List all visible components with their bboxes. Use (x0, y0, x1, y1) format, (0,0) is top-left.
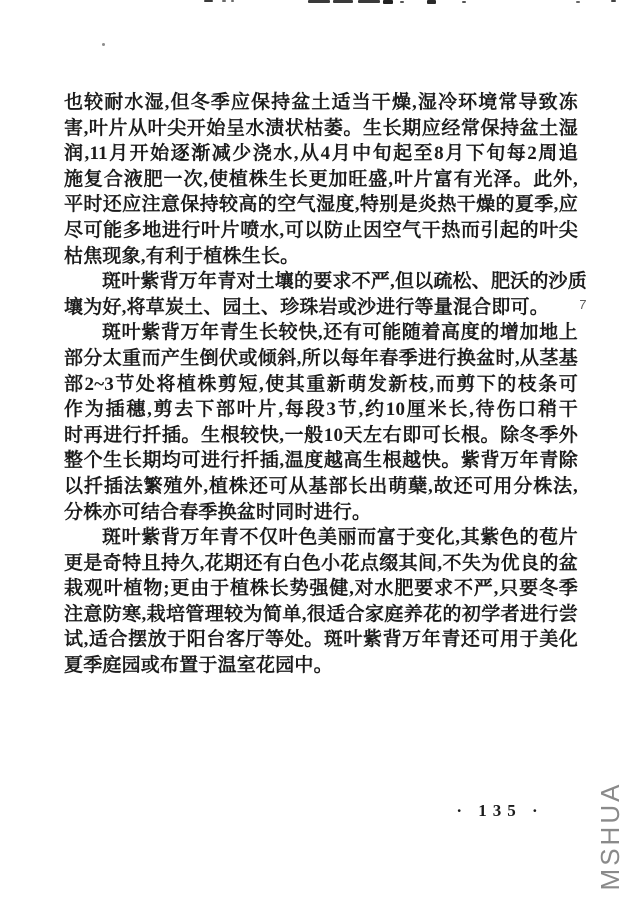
text-line: 斑叶紫背万年青不仅叶色美丽而富于变化,其紫色的苞片 (64, 525, 578, 551)
text-line: 斑叶紫背万年青生长较快,还有可能随着高度的增加地上 (64, 320, 578, 346)
page-number: · 135 · (440, 801, 560, 821)
text-line: 整个生长期均可进行扦插,温度越高生根越快。紫背万年青除 (64, 448, 578, 474)
text-line: 润,11月开始逐渐减少浇水,从4月中旬起至8月下旬每2周追 (64, 141, 578, 167)
scan-artifact (427, 0, 436, 4)
scan-artifact (231, 0, 234, 2)
scan-artifact (383, 0, 393, 4)
text-line: 栽观叶植物;更由于植株长势强健,对水肥要求不严,只要冬季 (64, 576, 578, 602)
text-line: 作为插穗,剪去下部叶片,每段3节,约10厘米长,待伤口稍干 (64, 397, 578, 423)
text-line: 时再进行扦插。生根较快,一般10天左右即可长根。除冬季外 (64, 423, 578, 449)
paragraph-4: 斑叶紫背万年青不仅叶色美丽而富于变化,其紫色的苞片 更是奇特且持久,花期还有白色… (64, 525, 578, 679)
text-line: 斑叶紫背万年青对土壤的要求不严,但以疏松、肥沃的沙质 (64, 269, 578, 295)
text-line: 以扦插法繁殖外,植株还可从基部长出萌蘖,故还可用分株法, (64, 474, 578, 500)
scan-artifact (576, 1, 580, 3)
body-text: 也较耐水湿,但冬季应保持盆土适当干燥,湿冷环境常导致冻 害,叶片从叶尖开始呈水渍… (64, 90, 578, 679)
text-line: 尽可能多地进行叶片喷水,可以防止因空气干热而引起的叶尖 (64, 218, 578, 244)
paragraph-3: 斑叶紫背万年青生长较快,还有可能随着高度的增加地上 部分太重而产生倒伏或倾斜,所… (64, 320, 578, 525)
scan-artifact (222, 0, 226, 2)
text-line: 夏季庭园或布置于温室花园中。 (64, 653, 578, 679)
text-line: 也较耐水湿,但冬季应保持盆土适当干燥,湿冷环境常导致冻 (64, 90, 578, 116)
text-line: 害,叶片从叶尖开始呈水渍状枯萎。生长期应经常保持盆土湿 (64, 116, 578, 142)
text-line: 试,适合摆放于阳台客厅等处。斑叶紫背万年青还可用于美化 (64, 627, 578, 653)
margin-mark: 7 (578, 297, 587, 312)
text-line: 注意防寒,栽培管理较为简单,很适合家庭养花的初学者进行尝 (64, 602, 578, 628)
paragraph-1: 也较耐水湿,但冬季应保持盆土适当干燥,湿冷环境常导致冻 害,叶片从叶尖开始呈水渍… (64, 90, 578, 269)
scan-artifact (462, 1, 466, 3)
text-line: 部2~3节处将植株剪短,使其重新萌发新枝,而剪下的枝条可 (64, 372, 578, 398)
scan-speck (102, 43, 105, 46)
text-line: 枯焦现象,有利于植株生长。 (64, 244, 578, 270)
text-line: 部分太重而产生倒伏或倾斜,所以每年春季进行换盆时,从茎基 (64, 346, 578, 372)
text-line: 施复合液肥一次,使植株生长更加旺盛,叶片富有光泽。此外, (64, 167, 578, 193)
text-line: 壤为好,将草炭土、园土、珍珠岩或沙进行等量混合即可。 (64, 295, 578, 321)
text-line: 更是奇特且持久,花期还有白色小花点缀其间,不失为优良的盆 (64, 551, 578, 577)
scan-artifact (400, 1, 404, 3)
scanned-book-page: 也较耐水湿,但冬季应保持盆土适当干燥,湿冷环境常导致冻 害,叶片从叶尖开始呈水渍… (0, 0, 637, 901)
scan-artifact (333, 0, 353, 3)
watermark-text: MSHUA (596, 771, 624, 901)
paragraph-2: 斑叶紫背万年青对土壤的要求不严,但以疏松、肥沃的沙质 壤为好,将草炭土、园土、珍… (64, 269, 578, 320)
scan-artifact (308, 0, 330, 3)
text-line: 平时还应注意保持较高的空气湿度,特别是炎热干燥的夏季,应 (64, 192, 578, 218)
scan-artifact (204, 0, 213, 2)
text-line: 分株亦可结合春季换盆时同时进行。 (64, 500, 578, 526)
scan-artifact (611, 0, 616, 2)
scan-artifact (358, 0, 380, 3)
